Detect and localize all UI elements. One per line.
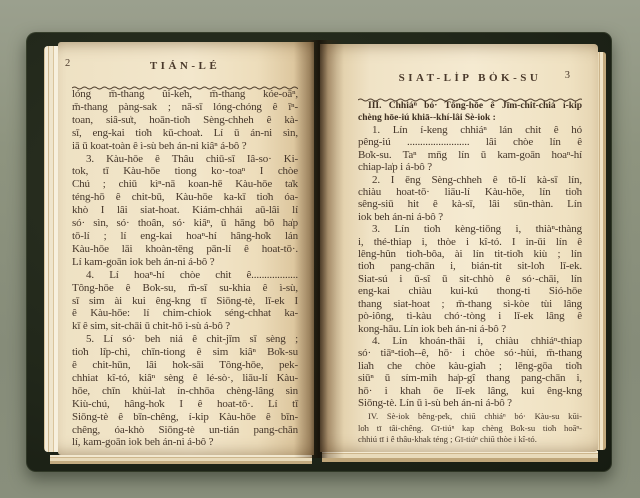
text-line: kī ê sim, sit-chāi ū chit-hō ì-sù á-bô ? [72, 320, 298, 333]
text-line: pò-iông, tì-kàu chó·-tòng i lī-ek lâng ê [358, 310, 582, 322]
text-line: siūⁿ ū sím-mih ha̍p-gî thang pang-chān i… [358, 372, 582, 384]
left-page-content: 2 TIÁN-LÉ lóng m̄-thang ûi-ke̍h, m̄-than… [72, 56, 298, 449]
right-page-number: 3 [565, 70, 570, 81]
text-line: Siat-sú i ū-sî ū sit-chhò ê só·-chāi, lí… [358, 273, 582, 285]
text-line: khò I lâi siat-hoat. Kiám-chhái aū-lâi l… [72, 204, 298, 217]
text-line: iok beh án-ni á-bô ? [358, 211, 582, 223]
page-edges-right-stack [597, 52, 606, 450]
left-running-title: TIÁN-LÉ [150, 60, 220, 72]
text-line: iā ū koat-toàn ê ì-sù beh án-ni kiâⁿ á-b… [72, 140, 298, 153]
text-line: ê chit-hūn, lâi ho̍k-sāi Tông-hōe, pek- [72, 359, 298, 372]
text-line: 4. Lí hoaⁿ-hí chòe chit ê...............… [72, 269, 298, 282]
text-line: kong-hāu. Lín iok beh án-ni á-bô ? [358, 323, 582, 335]
text-line: chèng hōe-iú khiā--khí-lâi Sè-iok : [358, 112, 582, 124]
text-line: téng-hō ê chit-bū, Kàu-hōe ka-kī tio̍h ó… [72, 191, 298, 204]
text-line: sī, eng-kai tio̍h kū-choa̍t. Lí ū án-ni … [72, 127, 298, 140]
text-line: pêng-iú ........................ lâi chò… [358, 136, 582, 148]
book-photo-scene: 2 TIÁN-LÉ lóng m̄-thang ûi-ke̍h, m̄-than… [0, 0, 640, 498]
left-page-header: 2 TIÁN-LÉ [72, 56, 298, 75]
text-line: 2. I ēng Sèng-chheh ê tō-lí kà-sī lín, [358, 174, 582, 186]
right-page-body-text: 1. Lín í-keng chhiáⁿ lán chit ê hópêng-i… [358, 124, 582, 409]
text-line: tok, tī Kàu-hōe tiong ko·-toaⁿ I chòe [72, 165, 298, 178]
text-line: Siōng-tè ê bīn-chêng, í-kip Kàu-hōe ê bī… [72, 411, 298, 424]
text-line: ê Kàu-hōe: lí chim-chiok séng-chhat ka- [72, 307, 298, 320]
text-line: Kàu-hōe lāi khoàn-tēng pān-lí ê hoat-tō·… [72, 243, 298, 256]
text-line: lóng m̄-thang ûi-ke̍h, m̄-thang kóe-oāⁿ, [72, 88, 298, 101]
text-line: Bo̍k-su. Taⁿ mn̄g lín ū kam-goān hoaⁿ-hí [358, 149, 582, 161]
text-line: IV. Sè-iok bêng-pe̍k, chiū chhiáⁿ bó· Kà… [358, 411, 582, 422]
right-running-title: SIAT-LI̍P BO̍K-SU [399, 72, 542, 84]
section-heading: III. Chhiáⁿ bó· Tông-hōe ê Jīm-chit-chiá… [358, 100, 582, 124]
rubric-footnote: IV. Sè-iok bêng-pe̍k, chiū chhiáⁿ bó· Kà… [358, 411, 582, 445]
text-line: só· tiāⁿ-tio̍h--ê, hō· i chòe só·-hùi, m… [358, 347, 582, 359]
text-line: chêng, óa-khò Siōng-tè un-tián pang-chān [72, 424, 298, 437]
page-edges-bottom-left [50, 455, 312, 464]
left-page-number: 2 [65, 58, 70, 69]
text-line: hō· i khah ōe lī-ek lâng, kui êng-kng [358, 385, 582, 397]
text-line: Siōng-tè. Lín ū ì-sù beh án-ni á-bô ? [358, 397, 582, 409]
text-line: 5. Lí só· beh niá ê chit-jīm sī sèng ; [72, 333, 298, 346]
left-header-wavy-rule [72, 77, 298, 81]
text-line: lêng-hûn tio̍h-bôa, ài lín tit-tio̍h kiù… [358, 248, 582, 260]
text-line: toan, siâ-su̍t, hoān-tio̍h Sèng-chheh ê … [72, 114, 298, 127]
text-line: thang siat-hoat ; m̄-thang sì-kòe tùi lâ… [358, 298, 582, 310]
text-line: 3. Lín tio̍h kèng-tiōng i, thiàⁿ-thàng [358, 223, 582, 235]
text-line: eng-kai chiàu kui-kú thong-ti Sió-hōe [358, 285, 582, 297]
right-header-wavy-rule [358, 89, 582, 93]
left-page-body-text: lóng m̄-thang ûi-ke̍h, m̄-thang kóe-oāⁿ,… [72, 88, 298, 449]
text-line: sêng-siū hit ê kà-sī, lâi sūn-thàn. Lín [358, 198, 582, 210]
text-line: 1. Lín í-keng chhiáⁿ lán chit ê hó [358, 124, 582, 136]
text-line: Chú ; chiū kìⁿ-nā koan-hē Kàu-hōe ta̍k [72, 178, 298, 191]
text-line: só· sìn, só· thoân, só· kiâⁿ, ū hāng bô … [72, 217, 298, 230]
right-page-content: SIAT-LI̍P BO̍K-SU 3 III. Chhiáⁿ bó· Tông… [358, 68, 582, 445]
right-page-header: SIAT-LI̍P BO̍K-SU 3 [358, 68, 582, 87]
text-line: lia̍h che chòe kàu-gia̍h ; lēng-gōa tio̍… [358, 360, 582, 372]
text-line: III. Chhiáⁿ bó· Tông-hōe ê Jīm-chit-chiá… [358, 100, 582, 112]
page-edges-left-stack [44, 46, 58, 452]
text-line: tio̍h pang-chān i, bián-tit sit-lo̍h lī-… [358, 260, 582, 272]
text-line: chiap-la̍p i á-bô ? [358, 161, 582, 173]
text-line: 3. Kàu-hōe ê Thâu chiū-sī Iâ-so· Ki- [72, 153, 298, 166]
text-line: m̄-thang pàng-sak ; nā-sī lóng-chóng ê ī… [72, 101, 298, 114]
text-line: tō-lí ; lí eng-kai hoaⁿ-hí hâng-ho̍k lán [72, 230, 298, 243]
text-line: hōe, chīn khùi-la̍t ín-chhōa chèng-lâng … [72, 385, 298, 398]
text-line: Kiù-chú, hâng-ho̍k I ê hoat-tō·. Lí tī [72, 398, 298, 411]
text-line: chiàu hoat-tō· liāu-lí Kàu-hōe, lín tio̍… [358, 186, 582, 198]
text-line: Lí kam-goān iok beh án-ni á-bô ? [72, 256, 298, 269]
text-line: chhiú tī i ê thâu-khak téng ; Gī-tiúⁿ ch… [358, 434, 582, 445]
page-edges-bottom-right [322, 451, 598, 462]
text-line: chhiat kî-tó, kiâⁿ sèng ê lé-sò·, liāu-l… [72, 372, 298, 385]
text-line: lí, kam-goān iok beh án-ni á-bô ? [72, 436, 298, 449]
text-line: sī sim ài kui êng-kng tī Siōng-tè, lī-ek… [72, 295, 298, 308]
text-line: tio̍h li̍p-chì, chīn-tiong ê sim kiâⁿ Bo… [72, 346, 298, 359]
text-line: 4. Lín khoán-thāi i, chiàu chhiáⁿ-thiap [358, 335, 582, 347]
text-line: lo̍h tī tâi-chêng. Gī-tiúⁿ kap chèng Bo̍… [358, 423, 582, 434]
text-line: i, thé-thiap i, thòe i kî-tó. I in-ūi lí… [358, 236, 582, 248]
text-line: Tông-hōe ê Bo̍k-su, m̄-sī su-khia ê ì-sù… [72, 282, 298, 295]
